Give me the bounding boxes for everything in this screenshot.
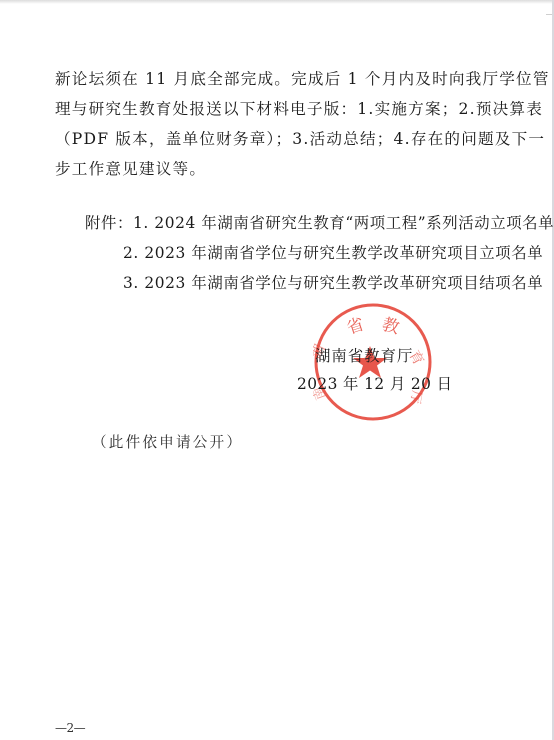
attachment-item: 2. 2023 年湖南省学位与研究生教学改革研究项目立项名单 xyxy=(85,238,554,268)
attachments-list: 附件：1. 2024 年湖南省研究生教育“两项工程”系列活动立项名单 2. 20… xyxy=(85,208,554,298)
body-paragraph: 新论坛须在 11 月底全部完成。完成后 1 个月内及时向我厅学位管 理与研究生教… xyxy=(55,64,487,184)
svg-text:教: 教 xyxy=(380,315,402,339)
attachment-title: 2. 2023 年湖南省学位与研究生教学改革研究项目立项名单 xyxy=(123,244,543,262)
body-line: 新论坛须在 11 月底全部完成。完成后 1 个月内及时向我厅学位管 xyxy=(55,64,487,94)
public-disclosure-note: （此件依申请公开） xyxy=(92,431,243,452)
signing-organization: 湖南省教育厅 xyxy=(315,344,413,366)
svg-text:省: 省 xyxy=(344,314,366,338)
attachment-title: 1. 2024 年湖南省研究生教育“两项工程”系列活动立项名单 xyxy=(133,214,554,232)
body-line: 步工作意见建议等。 xyxy=(55,154,487,184)
attachment-item: 3. 2023 年湖南省学位与研究生教学改革研究项目结项名单 xyxy=(85,268,554,298)
document-page: 新论坛须在 11 月底全部完成。完成后 1 个月内及时向我厅学位管 理与研究生教… xyxy=(0,0,552,740)
signing-date: 2023 年 12 月 20 日 xyxy=(297,372,452,394)
attachment-item: 附件：1. 2024 年湖南省研究生教育“两项工程”系列活动立项名单 xyxy=(85,208,554,238)
body-line: （PDF 版本，盖单位财务章）；3.活动总结；4.存在的问题及下一 xyxy=(55,124,487,154)
attachments-label: 附件： xyxy=(85,214,133,232)
body-line: 理与研究生教育处报送以下材料电子版：1.实施方案；2.预决算表 xyxy=(55,94,487,124)
attachment-title: 3. 2023 年湖南省学位与研究生教学改革研究项目结项名单 xyxy=(123,274,543,292)
page-number: —2— xyxy=(55,721,85,735)
